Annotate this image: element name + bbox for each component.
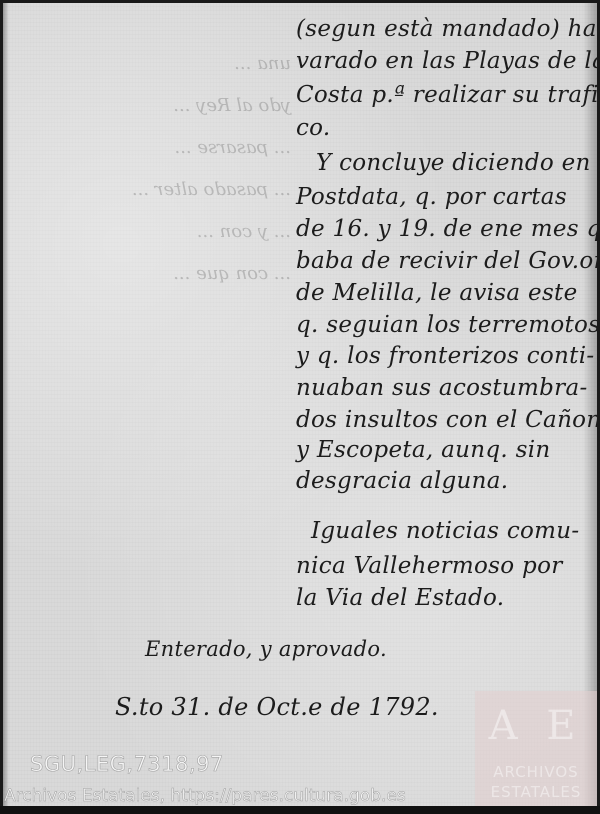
text-line: baba de recivir del Gov.or: [296, 248, 597, 274]
text-line: nuaban sus acostumbra-: [296, 375, 588, 401]
text-line: q. seguian los terremotos,: [296, 312, 597, 338]
text-line: y Escopeta, aunq. sin: [296, 437, 551, 463]
text-line: la Via del Estado.: [296, 585, 504, 611]
text-line: Iguales noticias comu-: [311, 518, 579, 544]
text-line: de Melilla, le avisa este: [296, 280, 578, 306]
text-line: Y concluye diciendo en: [316, 150, 591, 176]
logo-line-1: ARCHIVOS: [475, 763, 597, 781]
text-line: dos insultos con el Cañon,: [296, 407, 597, 433]
text-line: (segun està mandado) han: [296, 16, 597, 42]
bleed-line: ... pasado alter ...: [11, 169, 291, 211]
archive-url-watermark: Archivos Estatales, https://pares.cultur…: [4, 786, 406, 806]
bleed-line: ydo al Rey ...: [11, 85, 291, 127]
bleed-line: ... pasarse ...: [11, 127, 291, 169]
text-line: desgracia alguna.: [296, 468, 508, 494]
text-line: varado en las Playas de la: [296, 48, 597, 74]
logo-letters: A E: [475, 703, 597, 749]
bleed-through-text: una ... ydo al Rey ... ... pasarse ... .…: [11, 43, 291, 295]
page-left-edge: [3, 3, 9, 807]
text-line: de 16. y 19. de ene mes q. aca-: [296, 216, 597, 242]
bleed-line: ... con que ...: [11, 253, 291, 295]
bleed-line: una ...: [11, 43, 291, 85]
archive-logo-watermark: A E ARCHIVOS ESTATALES: [475, 691, 597, 807]
manuscript-page: una ... ydo al Rey ... ... pasarse ... .…: [3, 3, 597, 807]
text-line: Costa p.ª realizar su trafi-: [296, 82, 597, 108]
scan-bottom-border: [0, 806, 600, 814]
bleed-line: ... y con ...: [11, 211, 291, 253]
logo-line-2: ESTATALES: [475, 783, 597, 801]
page-right-edge: [583, 3, 597, 807]
resolution-note: Enterado, y aprovado.: [145, 637, 387, 661]
date-signature: S.to 31. de Oct.e de 1792.: [115, 693, 439, 721]
text-line: Postdata, q. por cartas: [296, 184, 567, 210]
archive-reference-watermark: SGU,LEG,7318,97: [30, 752, 224, 776]
text-line: co.: [296, 115, 331, 141]
text-line: y q. los fronterizos conti-: [296, 343, 594, 369]
text-line: nica Vallehermoso por: [296, 553, 563, 579]
